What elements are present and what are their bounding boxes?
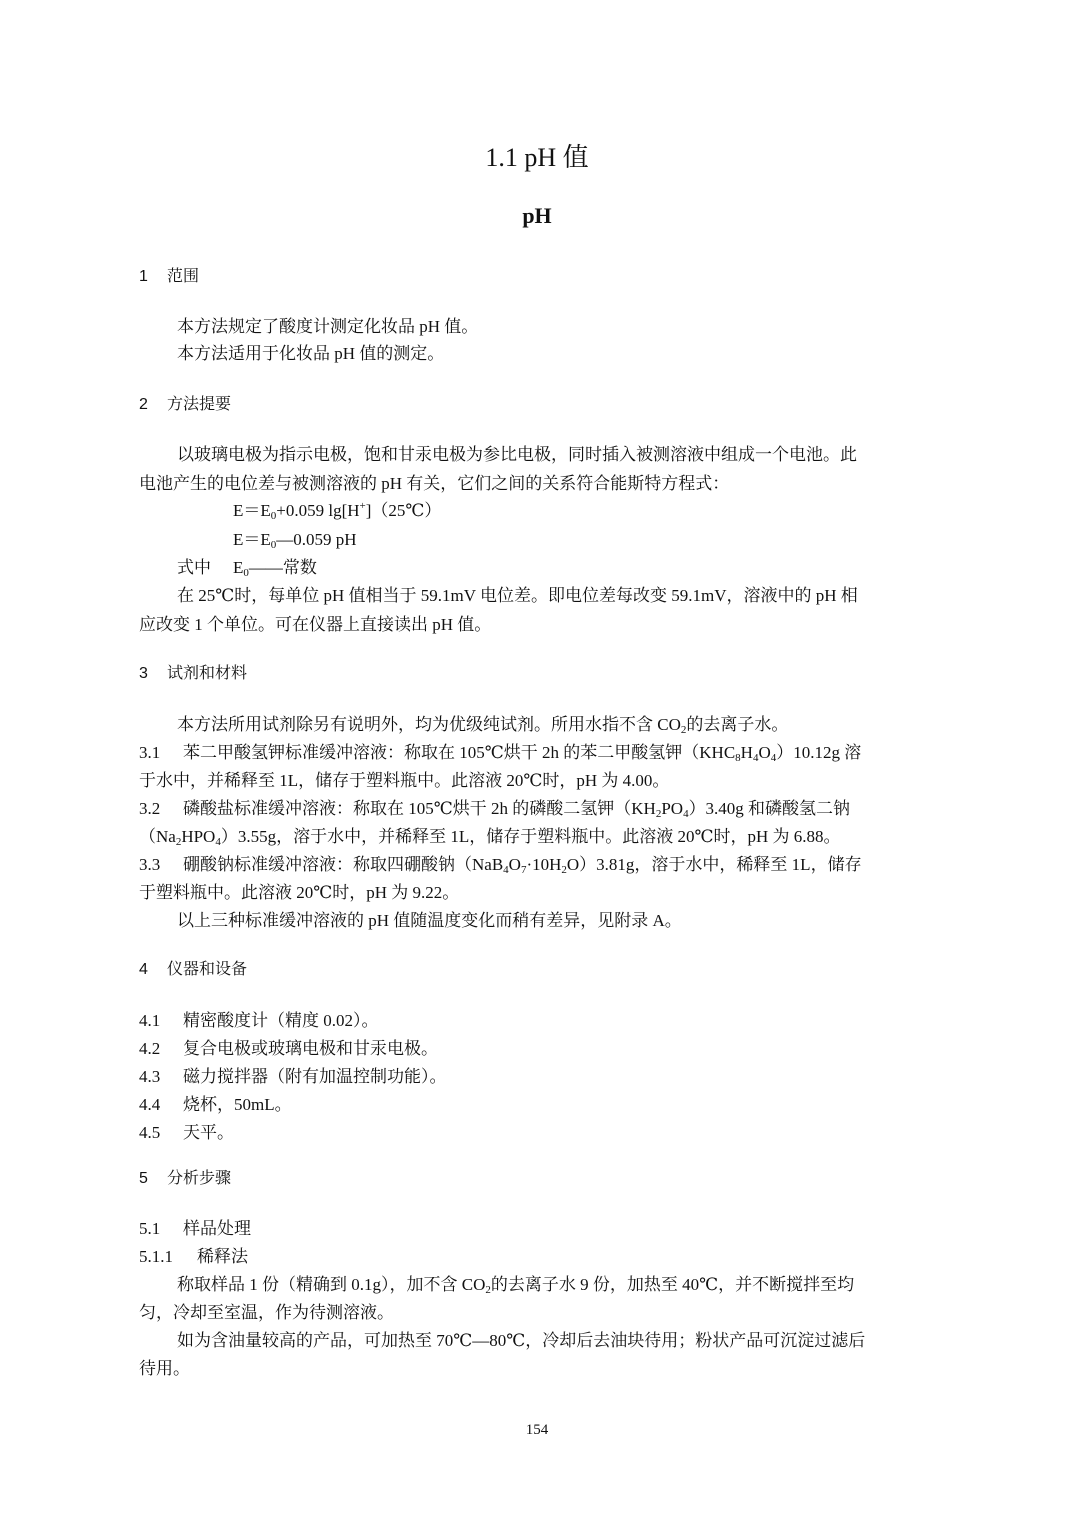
- principle-paragraph-line-2: 电池产生的电位差与被测溶液的 pH 有关，它们之间的关系符合能斯特方程式：: [139, 471, 729, 497]
- reagents-intro: 本方法所用试剂除另有说明外，均为优级纯试剂。所用水指不含 CO2的去离子水。: [177, 712, 788, 738]
- section-heading-reagents: 3试剂和材料: [139, 662, 247, 686]
- reagent-item-3-1-line-1: 3.1苯二甲酸氢钾标准缓冲溶液：称取在 105℃烘干 2h 的苯二甲酸氢钾（KH…: [139, 740, 861, 766]
- scope-paragraph-1: 本方法规定了酸度计测定化妆品 pH 值。: [177, 314, 478, 340]
- procedure-paragraph-2-line-2: 待用。: [139, 1356, 190, 1382]
- reagent-item-3-1-line-2: 于水中，并稀释至 1L，储存于塑料瓶中。此溶液 20℃时，pH 为 4.00。: [139, 768, 669, 794]
- page-subtitle: pH: [0, 200, 1074, 232]
- equation-legend: 式中E0——常数: [177, 555, 317, 581]
- scope-paragraph-2: 本方法适用于化妆品 pH 值的测定。: [177, 341, 444, 367]
- equipment-item: 4.4烧杯，50mL。: [139, 1092, 292, 1118]
- reagent-item-3-3-line-1: 3.3硼酸钠标准缓冲溶液：称取四硼酸钠（NaB4O7·10H2O）3.81g，溶…: [139, 852, 862, 878]
- subsection-5-1: 5.1样品处理: [139, 1216, 251, 1242]
- equipment-item: 4.1精密酸度计（精度 0.02）。: [139, 1008, 379, 1034]
- section-heading-scope: 1范围: [139, 265, 199, 289]
- reagents-note: 以上三种标准缓冲溶液的 pH 值随温度变化而稍有差异，见附录 A。: [177, 908, 682, 934]
- equipment-item: 4.2复合电极或玻璃电极和甘汞电极。: [139, 1036, 438, 1062]
- procedure-paragraph-1-line-2: 匀，冷却至室温，作为待测溶液。: [139, 1300, 394, 1326]
- reagent-item-3-2-line-1: 3.2磷酸盐标准缓冲溶液：称取在 105℃烘干 2h 的磷酸二氢钾（KH2PO4…: [139, 796, 850, 822]
- reagent-item-3-2-line-2: （Na2HPO4）3.55g，溶于水中，并稀释至 1L，储存于塑料瓶中。此溶液 …: [139, 824, 841, 850]
- section-heading-equipment: 4仪器和设备: [139, 958, 247, 982]
- equipment-item: 4.3磁力搅拌器（附有加温控制功能）。: [139, 1064, 447, 1090]
- equipment-item: 4.5天平。: [139, 1120, 234, 1146]
- section-heading-principle: 2方法提要: [139, 393, 231, 417]
- page-title: 1.1 pH 值: [0, 140, 1074, 176]
- procedure-paragraph-1-line-1: 称取样品 1 份（精确到 0.1g），加不含 CO2的去离子水 9 份，加热至 …: [177, 1272, 854, 1298]
- principle-paragraph2-line-2: 应改变 1 个单位。可在仪器上直接读出 pH 值。: [139, 612, 491, 638]
- principle-paragraph-line-1: 以玻璃电极为指示电极，饱和甘汞电极为参比电极，同时插入被测溶液中组成一个电池。此: [177, 442, 857, 468]
- reagent-item-3-3-line-2: 于塑料瓶中。此溶液 20℃时，pH 为 9.22。: [139, 880, 459, 906]
- section-heading-procedure: 5分析步骤: [139, 1167, 231, 1191]
- nernst-equation-2: E＝E0—0.059 pH: [233, 527, 357, 553]
- nernst-equation-1: E＝E0+0.059 lg[H+]（25℃）: [233, 498, 441, 524]
- page-number: 154: [0, 1419, 1074, 1441]
- subsection-5-1-1: 5.1.1稀释法: [139, 1244, 248, 1270]
- procedure-paragraph-2-line-1: 如为含油量较高的产品，可加热至 70℃—80℃，冷却后去油块待用；粉状产品可沉淀…: [177, 1328, 865, 1354]
- document-page: 1.1 pH 值 pH 1范围 本方法规定了酸度计测定化妆品 pH 值。 本方法…: [0, 0, 1074, 1520]
- principle-paragraph2-line-1: 在 25℃时，每单位 pH 值相当于 59.1mV 电位差。即电位差每改变 59…: [177, 583, 858, 609]
